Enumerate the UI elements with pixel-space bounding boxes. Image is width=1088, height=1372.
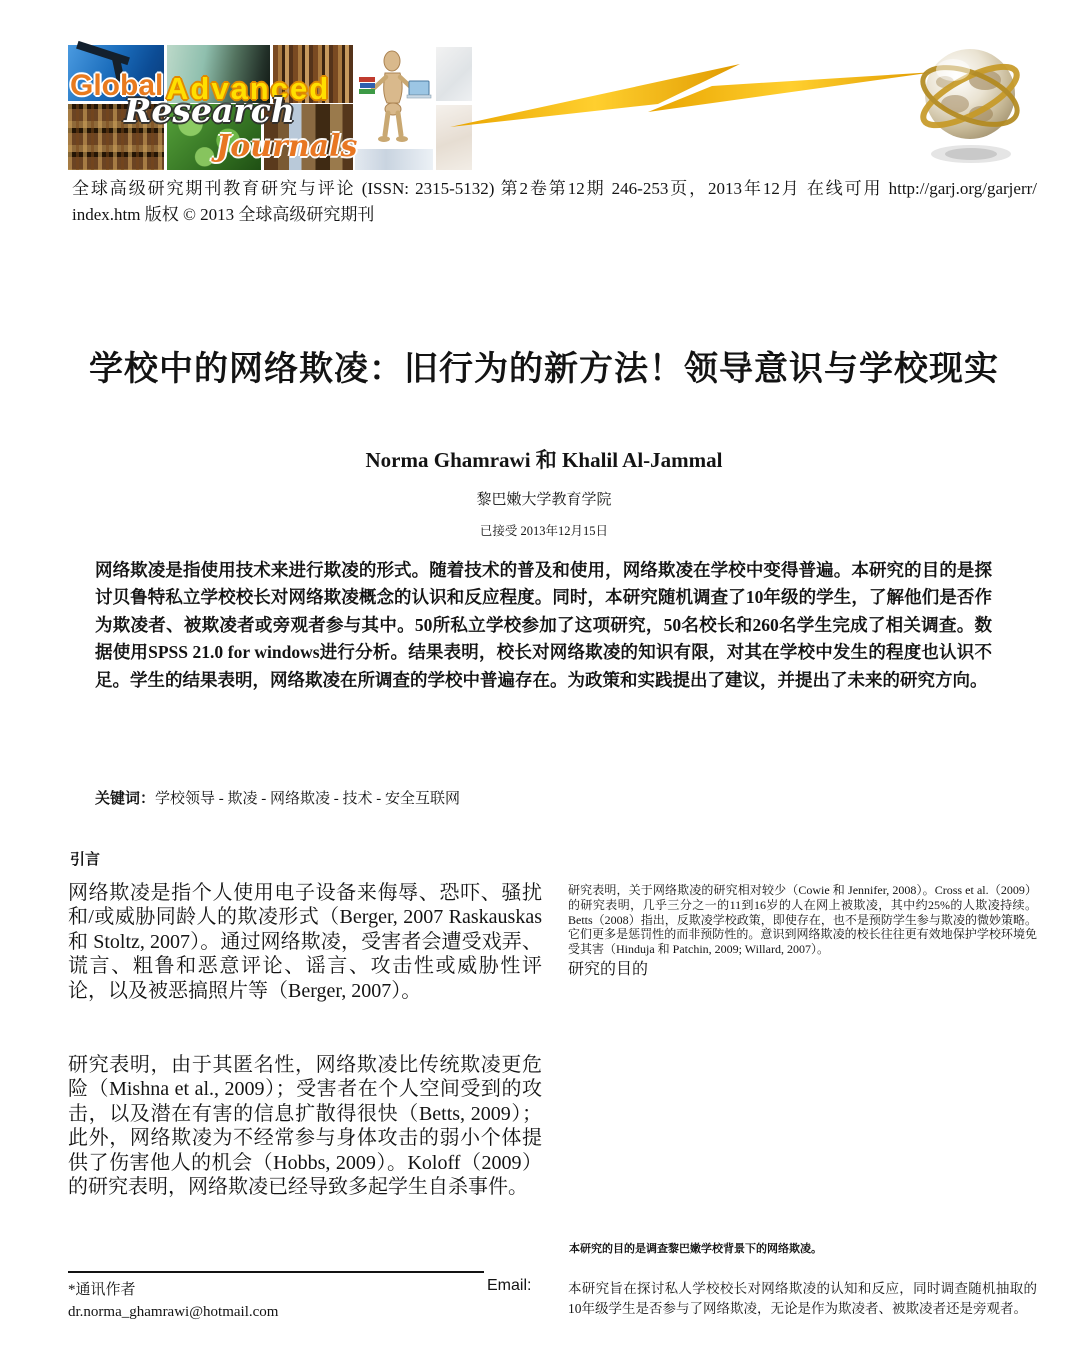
correspondence-block: *通讯作者 dr.norma_ghamrawi@hotmail.com [68,1279,278,1323]
purpose-paragraph: 本研究旨在探讨私人学校校长对网络欺凌的认知和反应，同时调查随机抽取的10年级学生… [568,1279,1037,1318]
journal-header: 全球高级研究期刊教育研究与评论 (ISSN: 2315-5132) 第2卷第12… [72,176,1037,228]
keywords-line: 关键词：学校领导 - 欺凌 - 网络欺凌 - 技术 - 安全互联网 [95,787,460,808]
purpose-note: 本研究的目的是调查黎巴嫩学校背景下的网络欺凌。 [569,1240,1038,1256]
received-date: 已接受 2013年12月15日 [0,521,1088,539]
related-research-paragraph: 研究表明，关于网络欺凌的研究相对较少（Cowie 和 Jennifer, 200… [568,883,1037,957]
logo-word-journals: Journals [216,129,357,164]
keywords-list: 学校领导 - 欺凌 - 网络欺凌 - 技术 - 安全互联网 [155,791,460,807]
logo-word-research: Research [124,91,295,130]
correspondence-email: dr.norma_ghamrawi@hotmail.com [68,1301,278,1323]
journal-header-line2: index.htm 版权 © 2013 全球高级研究期刊 [72,202,1037,228]
logo-photo-detail [76,41,130,65]
correspondence-label: *通讯作者 [68,1279,278,1301]
logo-photo-tile-faded [355,149,433,170]
keywords-label: 关键词： [95,791,155,807]
affiliation-line: 黎巴嫩大学教育学院 [0,488,1088,509]
authors-line: Norma Ghamrawi 和 Khalil Al-Jammal [0,444,1088,474]
paper-page: Global Advanced Research Journals [0,0,1088,1372]
abstract-paragraph: 网络欺凌是指使用技术来进行欺凌的形式。随着技术的普及和使用，网络欺凌在学校中变得… [95,557,992,694]
email-label: Email: [487,1277,531,1295]
page-title: 学校中的网络欺凌：旧行为的新方法！领导意识与学校现实 [0,341,1088,390]
section-heading-purpose: 研究的目的 [568,956,648,979]
footer-divider [68,1271,484,1273]
lightning-bolt-icon [440,55,945,145]
section-heading-introduction: 引言 [70,848,100,869]
globe-icon [915,42,1030,170]
intro-paragraph-1: 网络欺凌是指个人使用电子设备来侮辱、恐吓、骚扰和/或威胁同龄人的欺凌形式（Ber… [68,881,542,1003]
journal-header-line1: 全球高级研究期刊教育研究与评论 (ISSN: 2315-5132) 第2卷第12… [72,176,1037,202]
intro-paragraph-2: 研究表明，由于其匿名性，网络欺凌比传统欺凌更危险（Mishna et al., … [68,1053,542,1199]
mannequin-icon [355,47,433,147]
journal-logo-collage: Global Advanced Research Journals [68,45,470,170]
